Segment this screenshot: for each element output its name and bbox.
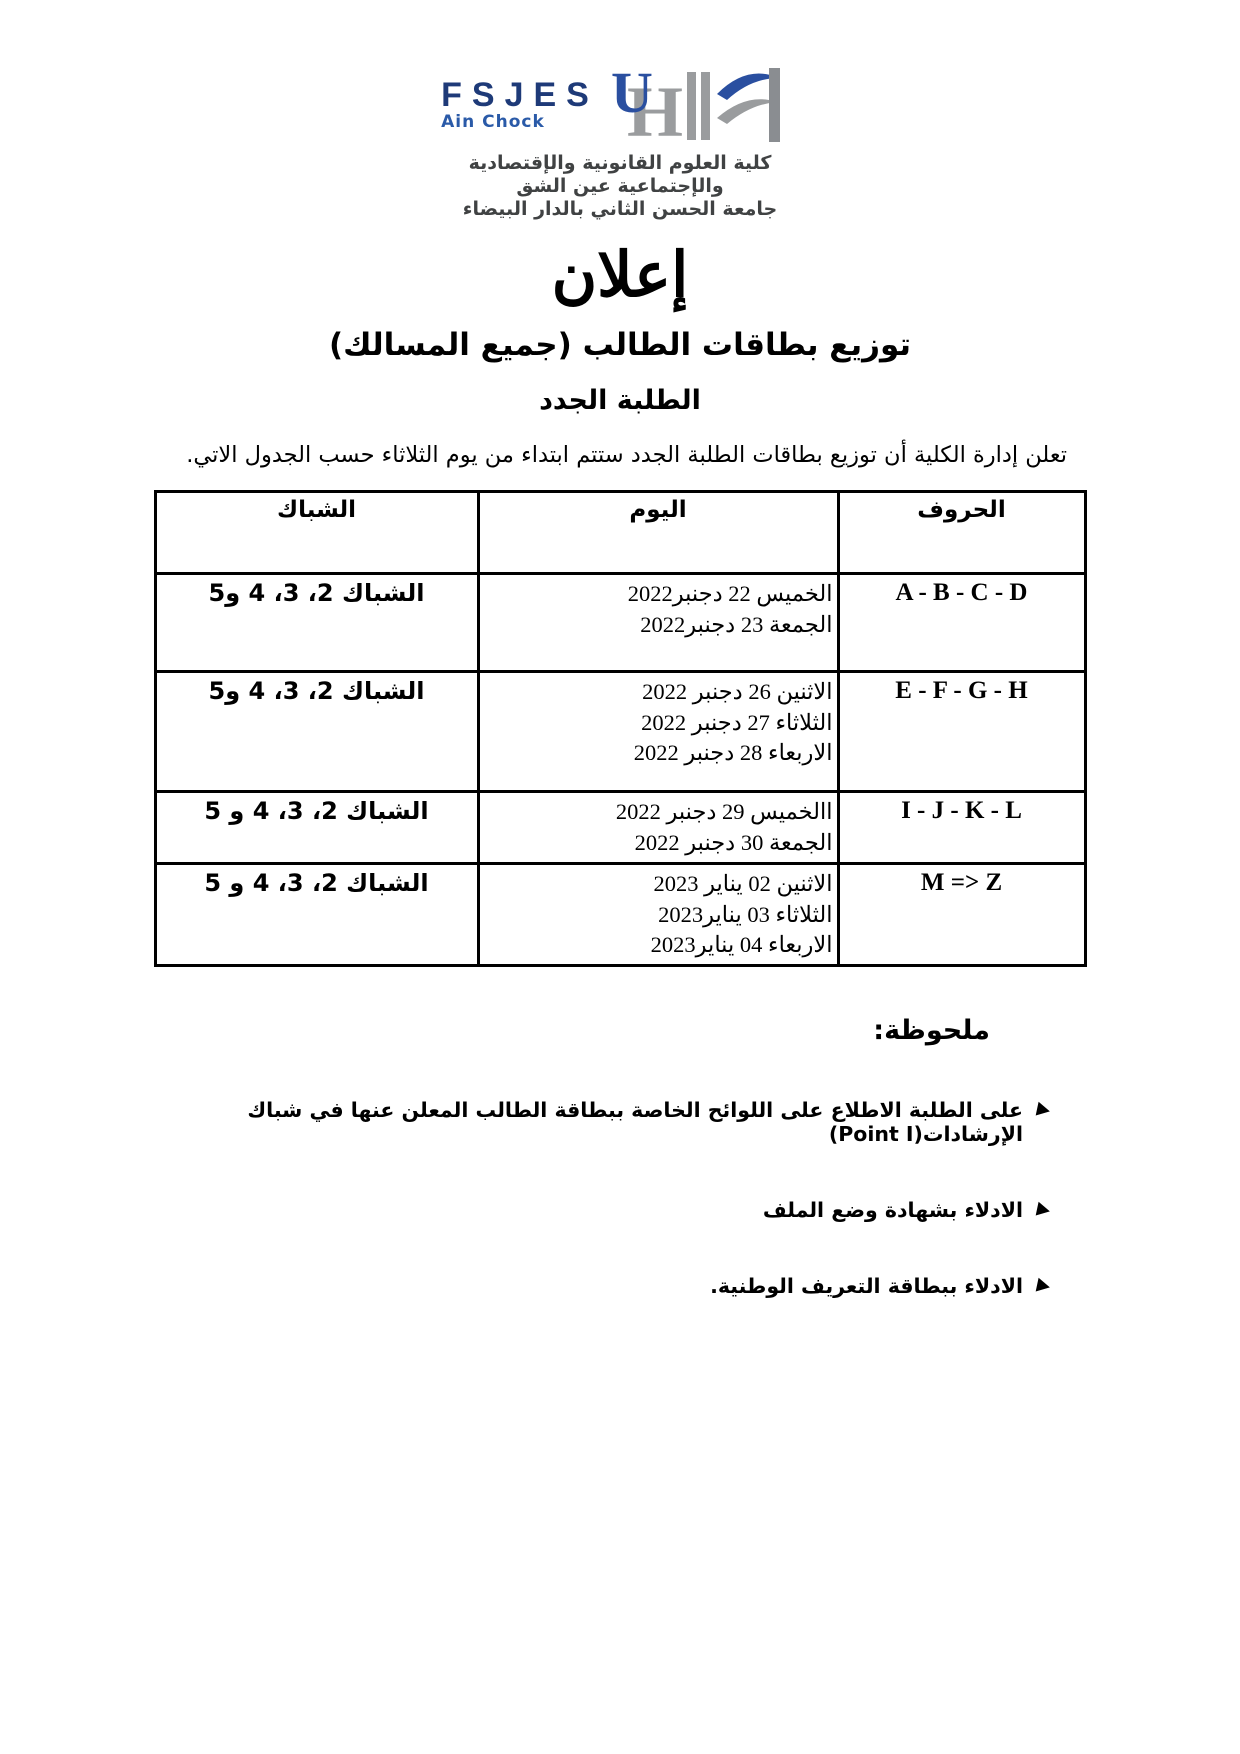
window-cell: الشباك 2، 3، 4 و5 (155, 574, 478, 672)
window-cell: الشباك 2، 3، 4 و 5 (155, 792, 478, 864)
note-item: الادلاء بشهادة وضع الملف (155, 1198, 1085, 1222)
document-page: H U FSJES Ain Chock كلية العلوم القانوني… (0, 0, 1240, 1754)
day-line: الثلاثاء 03 يناير2023 (484, 900, 833, 930)
day-line: الاربعاء 04 يناير2023 (484, 930, 833, 960)
table-row: E - F - G - H الاثنين 26 دجنبر 2022 الثل… (155, 672, 1085, 792)
university-logo: H U FSJES Ain Chock كلية العلوم القانوني… (410, 60, 830, 220)
note-text: الادلاء بشهادة وضع الملف (763, 1198, 1023, 1222)
announcement-subtitle: توزيع بطاقات الطالب (جميع المسالك) (0, 327, 1240, 363)
day-cell: الاثنين 26 دجنبر 2022 الثلاثاء 27 دجنبر … (478, 672, 838, 792)
letters-cell: M => Z (838, 864, 1085, 966)
day-column-header: اليوم (478, 492, 838, 574)
table-row: A - B - C - D الخميس 22 دجنبر2022 الجمعة… (155, 574, 1085, 672)
svg-text:U: U (611, 60, 653, 125)
faculty-name: كلية العلوم القانونية والإقتصادية والإجت… (410, 152, 830, 220)
intro-paragraph: تعلن إدارة الكلية أن توزيع بطاقات الطلبة… (155, 442, 1085, 468)
letters-column-header: الحروف (838, 492, 1085, 574)
day-line: الاثنين 26 دجنبر 2022 (484, 677, 833, 707)
notes-section: ملحوظة: على الطلبة الاطلاع على اللوائح ا… (155, 1015, 1085, 1298)
note-item: على الطلبة الاطلاع على اللوائح الخاصة بب… (155, 1098, 1085, 1146)
letters-cell: E - F - G - H (838, 672, 1085, 792)
faculty-name-line2: والإجتماعية عين الشق (410, 175, 830, 198)
table-row: I - J - K - L االخميس 29 دجنبر 2022 الجم… (155, 792, 1085, 864)
announcement-title: إعلان (0, 238, 1240, 311)
campus-text: Ain Chock (441, 114, 599, 131)
day-line: الجمعة 30 دجنبر 2022 (484, 828, 833, 858)
note-text: على الطلبة الاطلاع على اللوائح الخاصة بب… (155, 1098, 1023, 1146)
table-header-row: الحروف اليوم الشباك (155, 492, 1085, 574)
day-cell: الاثنين 02 يناير 2023 الثلاثاء 03 يناير2… (478, 864, 838, 966)
university-name-line: جامعة الحسن الثاني بالدار البيضاء (410, 198, 830, 221)
letters-cell: I - J - K - L (838, 792, 1085, 864)
uh-monogram-icon: H U (609, 60, 799, 148)
distribution-schedule-table: الحروف اليوم الشباك A - B - C - D الخميس… (154, 490, 1087, 967)
day-line: الخميس 22 دجنبر2022 (484, 579, 833, 609)
fsjes-text: FSJES (441, 78, 599, 112)
window-cell: الشباك 2، 3، 4 و5 (155, 672, 478, 792)
day-cell: الخميس 22 دجنبر2022 الجمعة 23 دجنبر2022 (478, 574, 838, 672)
day-line: الاربعاء 28 دجنبر 2022 (484, 738, 833, 768)
note-item: الادلاء ببطاقة التعريف الوطنية. (155, 1274, 1085, 1298)
day-line: الجمعة 23 دجنبر2022 (484, 610, 833, 640)
faculty-name-line1: كلية العلوم القانونية والإقتصادية (410, 152, 830, 175)
logo-graphic-row: H U FSJES Ain Chock (410, 60, 830, 148)
notes-heading: ملحوظة: (155, 1015, 990, 1046)
logo-acronym: FSJES Ain Chock (441, 78, 599, 131)
arrow-bullet-icon (1036, 1102, 1052, 1118)
window-cell: الشباك 2، 3، 4 و 5 (155, 864, 478, 966)
window-column-header: الشباك (155, 492, 478, 574)
arrow-bullet-icon (1036, 1278, 1052, 1294)
day-cell: االخميس 29 دجنبر 2022 الجمعة 30 دجنبر 20… (478, 792, 838, 864)
note-text: الادلاء ببطاقة التعريف الوطنية. (710, 1274, 1023, 1298)
arrow-bullet-icon (1036, 1202, 1052, 1218)
day-line: االخميس 29 دجنبر 2022 (484, 797, 833, 827)
day-line: الثلاثاء 27 دجنبر 2022 (484, 708, 833, 738)
letters-cell: A - B - C - D (838, 574, 1085, 672)
day-line: الاثنين 02 يناير 2023 (484, 869, 833, 899)
table-row: M => Z الاثنين 02 يناير 2023 الثلاثاء 03… (155, 864, 1085, 966)
new-students-subheading: الطلبة الجدد (0, 385, 1240, 416)
